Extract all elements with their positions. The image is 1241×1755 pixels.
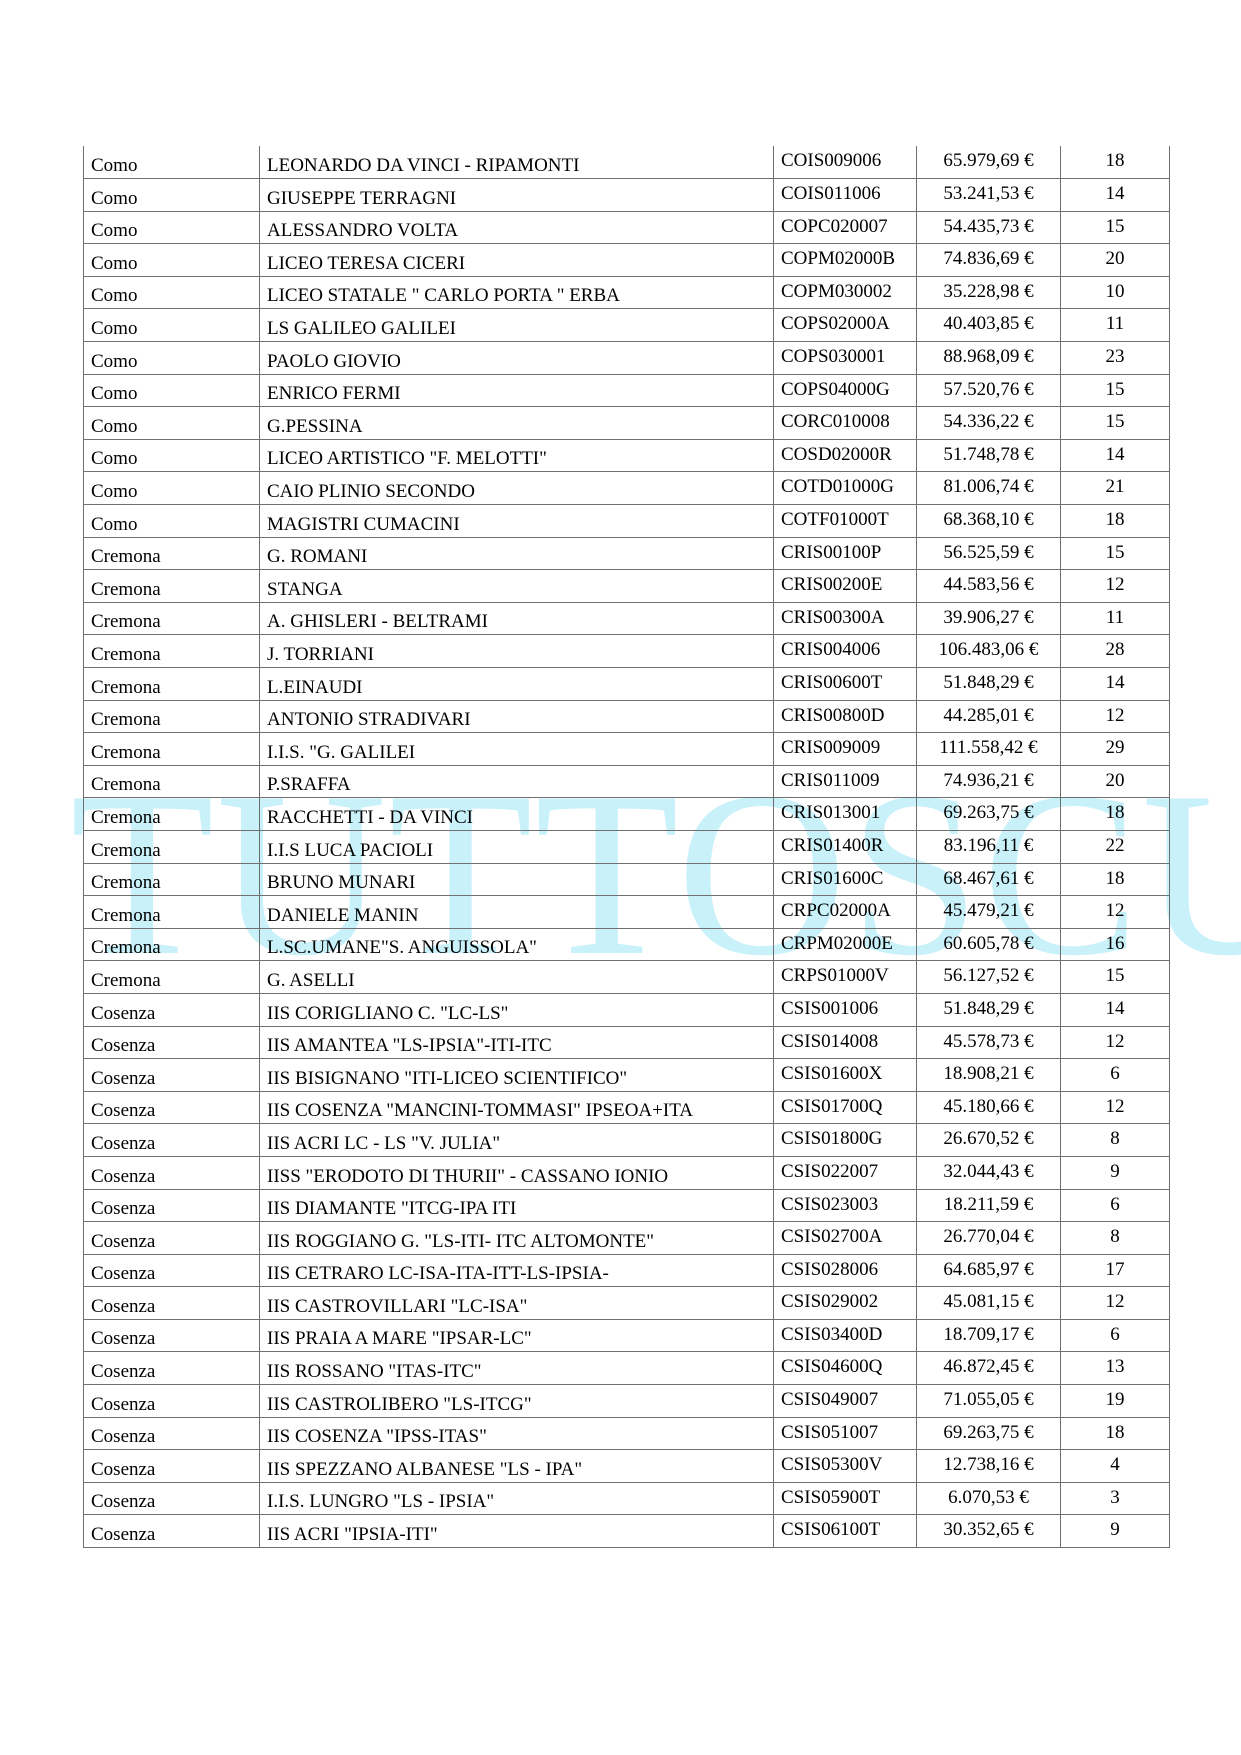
province-cell: Como	[84, 244, 260, 277]
table-row: Cremona J. TORRIANI CRIS004006 106.483,0…	[84, 635, 1170, 668]
table-row: Como ENRICO FERMI COPS04000G 57.520,76 €…	[84, 374, 1170, 407]
school-name-cell: LICEO STATALE " CARLO PORTA " ERBA	[260, 276, 774, 309]
amount-cell: 53.241,53 €	[917, 179, 1061, 212]
school-name-cell: IIS ROSSANO "ITAS-ITC"	[260, 1352, 774, 1385]
amount-cell: 45.479,21 €	[917, 896, 1061, 929]
table-row: Cremona BRUNO MUNARI CRIS01600C 68.467,6…	[84, 863, 1170, 896]
province-cell: Cremona	[84, 668, 260, 701]
school-name-cell: IIS ACRI LC - LS "V. JULIA"	[260, 1124, 774, 1157]
count-cell: 14	[1061, 179, 1170, 212]
table-row: Cremona DANIELE MANIN CRPC02000A 45.479,…	[84, 896, 1170, 929]
province-cell: Cremona	[84, 635, 260, 668]
table-row: Cosenza IIS COSENZA "IPSS-ITAS" CSIS0510…	[84, 1417, 1170, 1450]
table-row: Cosenza IIS ACRI LC - LS "V. JULIA" CSIS…	[84, 1124, 1170, 1157]
school-name-cell: IIS DIAMANTE "ITCG-IPA ITI	[260, 1189, 774, 1222]
count-cell: 3	[1061, 1482, 1170, 1515]
amount-cell: 30.352,65 €	[917, 1515, 1061, 1548]
school-name-cell: IIS ROGGIANO G. "LS-ITI- ITC ALTOMONTE"	[260, 1222, 774, 1255]
province-cell: Cosenza	[84, 1059, 260, 1092]
count-cell: 8	[1061, 1124, 1170, 1157]
school-name-cell: L.SC.UMANE"S. ANGUISSOLA"	[260, 928, 774, 961]
school-code-cell: CRIS00200E	[774, 570, 917, 603]
table-row: Cremona P.SRAFFA CRIS011009 74.936,21 € …	[84, 765, 1170, 798]
school-name-cell: IIS CASTROLIBERO "LS-ITCG"	[260, 1385, 774, 1418]
province-cell: Como	[84, 211, 260, 244]
amount-cell: 69.263,75 €	[917, 1417, 1061, 1450]
count-cell: 12	[1061, 1026, 1170, 1059]
table-row: Cremona ANTONIO STRADIVARI CRIS00800D 44…	[84, 700, 1170, 733]
school-code-cell: CRPS01000V	[774, 961, 917, 994]
province-cell: Como	[84, 472, 260, 505]
count-cell: 6	[1061, 1319, 1170, 1352]
table-row: Cosenza IIS COSENZA "MANCINI-TOMMASI" IP…	[84, 1091, 1170, 1124]
count-cell: 18	[1061, 1417, 1170, 1450]
amount-cell: 12.738,16 €	[917, 1450, 1061, 1483]
province-cell: Cremona	[84, 961, 260, 994]
province-cell: Cosenza	[84, 993, 260, 1026]
school-code-cell: CSIS01700Q	[774, 1091, 917, 1124]
count-cell: 12	[1061, 1091, 1170, 1124]
table-row: Cremona STANGA CRIS00200E 44.583,56 € 12	[84, 570, 1170, 603]
province-cell: Como	[84, 179, 260, 212]
count-cell: 19	[1061, 1385, 1170, 1418]
table-row: Cremona L.SC.UMANE"S. ANGUISSOLA" CRPM02…	[84, 928, 1170, 961]
table-row: Cosenza IIS AMANTEA "LS-IPSIA"-ITI-ITC C…	[84, 1026, 1170, 1059]
province-cell: Cremona	[84, 733, 260, 766]
amount-cell: 68.467,61 €	[917, 863, 1061, 896]
province-cell: Cremona	[84, 602, 260, 635]
school-name-cell: GIUSEPPE TERRAGNI	[260, 179, 774, 212]
school-name-cell: I.I.S. LUNGRO "LS - IPSIA"	[260, 1482, 774, 1515]
school-code-cell: CSIS049007	[774, 1385, 917, 1418]
province-cell: Como	[84, 146, 260, 179]
schools-table: Como LEONARDO DA VINCI - RIPAMONTI COIS0…	[83, 146, 1170, 1548]
province-cell: Cremona	[84, 700, 260, 733]
school-name-cell: IIS BISIGNANO "ITI-LICEO SCIENTIFICO"	[260, 1059, 774, 1092]
amount-cell: 74.836,69 €	[917, 244, 1061, 277]
province-cell: Cosenza	[84, 1385, 260, 1418]
count-cell: 15	[1061, 407, 1170, 440]
school-name-cell: IISS "ERODOTO DI THURII" - CASSANO IONIO	[260, 1156, 774, 1189]
count-cell: 6	[1061, 1059, 1170, 1092]
province-cell: Cosenza	[84, 1026, 260, 1059]
table-row: Como LICEO ARTISTICO "F. MELOTTI" COSD02…	[84, 439, 1170, 472]
school-name-cell: LICEO ARTISTICO "F. MELOTTI"	[260, 439, 774, 472]
table-row: Cremona G. ASELLI CRPS01000V 56.127,52 €…	[84, 961, 1170, 994]
school-name-cell: RACCHETTI - DA VINCI	[260, 798, 774, 831]
school-name-cell: LEONARDO DA VINCI - RIPAMONTI	[260, 146, 774, 179]
amount-cell: 65.979,69 €	[917, 146, 1061, 179]
count-cell: 12	[1061, 1287, 1170, 1320]
count-cell: 15	[1061, 537, 1170, 570]
amount-cell: 54.336,22 €	[917, 407, 1061, 440]
amount-cell: 69.263,75 €	[917, 798, 1061, 831]
amount-cell: 51.848,29 €	[917, 668, 1061, 701]
school-name-cell: J. TORRIANI	[260, 635, 774, 668]
amount-cell: 81.006,74 €	[917, 472, 1061, 505]
table-body: Como LEONARDO DA VINCI - RIPAMONTI COIS0…	[84, 146, 1170, 1548]
table-row: Cremona G. ROMANI CRIS00100P 56.525,59 €…	[84, 537, 1170, 570]
table-row: Como LEONARDO DA VINCI - RIPAMONTI COIS0…	[84, 146, 1170, 179]
school-code-cell: CSIS04600Q	[774, 1352, 917, 1385]
amount-cell: 88.968,09 €	[917, 342, 1061, 375]
school-name-cell: LS GALILEO GALILEI	[260, 309, 774, 342]
school-code-cell: COPM030002	[774, 276, 917, 309]
table-row: Cremona A. GHISLERI - BELTRAMI CRIS00300…	[84, 602, 1170, 635]
province-cell: Cosenza	[84, 1222, 260, 1255]
amount-cell: 51.848,29 €	[917, 993, 1061, 1026]
school-code-cell: CRIS01400R	[774, 830, 917, 863]
school-name-cell: IIS AMANTEA "LS-IPSIA"-ITI-ITC	[260, 1026, 774, 1059]
school-code-cell: CRIS009009	[774, 733, 917, 766]
amount-cell: 44.583,56 €	[917, 570, 1061, 603]
province-cell: Como	[84, 407, 260, 440]
count-cell: 8	[1061, 1222, 1170, 1255]
table-row: Cosenza I.I.S. LUNGRO "LS - IPSIA" CSIS0…	[84, 1482, 1170, 1515]
count-cell: 9	[1061, 1515, 1170, 1548]
count-cell: 14	[1061, 439, 1170, 472]
school-code-cell: CSIS028006	[774, 1254, 917, 1287]
amount-cell: 51.748,78 €	[917, 439, 1061, 472]
count-cell: 16	[1061, 928, 1170, 961]
school-name-cell: BRUNO MUNARI	[260, 863, 774, 896]
table-row: Cosenza IIS SPEZZANO ALBANESE "LS - IPA"…	[84, 1450, 1170, 1483]
school-code-cell: COPS02000A	[774, 309, 917, 342]
province-cell: Cosenza	[84, 1287, 260, 1320]
table-row: Cremona L.EINAUDI CRIS00600T 51.848,29 €…	[84, 668, 1170, 701]
school-code-cell: COTF01000T	[774, 505, 917, 538]
table-row: Cosenza IIS DIAMANTE "ITCG-IPA ITI CSIS0…	[84, 1189, 1170, 1222]
count-cell: 15	[1061, 961, 1170, 994]
amount-cell: 56.525,59 €	[917, 537, 1061, 570]
table-row: Cosenza IIS CASTROLIBERO "LS-ITCG" CSIS0…	[84, 1385, 1170, 1418]
school-code-cell: CSIS014008	[774, 1026, 917, 1059]
province-cell: Cosenza	[84, 1156, 260, 1189]
count-cell: 11	[1061, 309, 1170, 342]
table-row: Cosenza IIS ROGGIANO G. "LS-ITI- ITC ALT…	[84, 1222, 1170, 1255]
count-cell: 20	[1061, 765, 1170, 798]
count-cell: 4	[1061, 1450, 1170, 1483]
school-code-cell: CSIS03400D	[774, 1319, 917, 1352]
amount-cell: 32.044,43 €	[917, 1156, 1061, 1189]
count-cell: 18	[1061, 863, 1170, 896]
school-code-cell: CRIS00800D	[774, 700, 917, 733]
count-cell: 15	[1061, 211, 1170, 244]
province-cell: Cosenza	[84, 1124, 260, 1157]
province-cell: Cremona	[84, 863, 260, 896]
table-row: Cosenza IIS CORIGLIANO C. "LC-LS" CSIS00…	[84, 993, 1170, 1026]
school-name-cell: G. ASELLI	[260, 961, 774, 994]
school-name-cell: I.I.S LUCA PACIOLI	[260, 830, 774, 863]
province-cell: Cosenza	[84, 1450, 260, 1483]
school-code-cell: COTD01000G	[774, 472, 917, 505]
count-cell: 22	[1061, 830, 1170, 863]
school-code-cell: CRPM02000E	[774, 928, 917, 961]
school-name-cell: IIS CETRARO LC-ISA-ITA-ITT-LS-IPSIA-	[260, 1254, 774, 1287]
province-cell: Como	[84, 309, 260, 342]
school-name-cell: PAOLO GIOVIO	[260, 342, 774, 375]
school-code-cell: COPM02000B	[774, 244, 917, 277]
table-row: Como G.PESSINA CORC010008 54.336,22 € 15	[84, 407, 1170, 440]
count-cell: 28	[1061, 635, 1170, 668]
school-code-cell: CSIS02700A	[774, 1222, 917, 1255]
school-code-cell: CORC010008	[774, 407, 917, 440]
school-code-cell: CSIS05900T	[774, 1482, 917, 1515]
school-name-cell: P.SRAFFA	[260, 765, 774, 798]
count-cell: 12	[1061, 896, 1170, 929]
amount-cell: 64.685,97 €	[917, 1254, 1061, 1287]
school-name-cell: ANTONIO STRADIVARI	[260, 700, 774, 733]
province-cell: Como	[84, 439, 260, 472]
province-cell: Como	[84, 276, 260, 309]
school-code-cell: CRIS00600T	[774, 668, 917, 701]
school-name-cell: G. ROMANI	[260, 537, 774, 570]
amount-cell: 46.872,45 €	[917, 1352, 1061, 1385]
school-code-cell: CSIS051007	[774, 1417, 917, 1450]
table-row: Cosenza IIS ACRI "IPSIA-ITI" CSIS06100T …	[84, 1515, 1170, 1548]
province-cell: Cremona	[84, 798, 260, 831]
school-code-cell: CRIS00300A	[774, 602, 917, 635]
school-code-cell: COSD02000R	[774, 439, 917, 472]
school-code-cell: COIS009006	[774, 146, 917, 179]
amount-cell: 39.906,27 €	[917, 602, 1061, 635]
table-row: Como LICEO STATALE " CARLO PORTA " ERBA …	[84, 276, 1170, 309]
amount-cell: 45.180,66 €	[917, 1091, 1061, 1124]
school-name-cell: ALESSANDRO VOLTA	[260, 211, 774, 244]
table-row: Cosenza IIS ROSSANO "ITAS-ITC" CSIS04600…	[84, 1352, 1170, 1385]
school-code-cell: CRPC02000A	[774, 896, 917, 929]
count-cell: 17	[1061, 1254, 1170, 1287]
amount-cell: 57.520,76 €	[917, 374, 1061, 407]
amount-cell: 56.127,52 €	[917, 961, 1061, 994]
school-code-cell: CRIS011009	[774, 765, 917, 798]
amount-cell: 26.770,04 €	[917, 1222, 1061, 1255]
school-name-cell: LICEO TERESA CICERI	[260, 244, 774, 277]
province-cell: Cosenza	[84, 1091, 260, 1124]
school-code-cell: COIS011006	[774, 179, 917, 212]
table-row: Cosenza IIS CETRARO LC-ISA-ITA-ITT-LS-IP…	[84, 1254, 1170, 1287]
table-row: Cremona I.I.S. "G. GALILEI CRIS009009 11…	[84, 733, 1170, 766]
amount-cell: 18.709,17 €	[917, 1319, 1061, 1352]
count-cell: 9	[1061, 1156, 1170, 1189]
province-cell: Cosenza	[84, 1189, 260, 1222]
school-code-cell: CSIS01800G	[774, 1124, 917, 1157]
count-cell: 12	[1061, 570, 1170, 603]
count-cell: 18	[1061, 146, 1170, 179]
table-row: Cosenza IIS PRAIA A MARE "IPSAR-LC" CSIS…	[84, 1319, 1170, 1352]
school-name-cell: G.PESSINA	[260, 407, 774, 440]
amount-cell: 54.435,73 €	[917, 211, 1061, 244]
school-name-cell: A. GHISLERI - BELTRAMI	[260, 602, 774, 635]
school-name-cell: CAIO PLINIO SECONDO	[260, 472, 774, 505]
amount-cell: 26.670,52 €	[917, 1124, 1061, 1157]
province-cell: Cosenza	[84, 1254, 260, 1287]
province-cell: Cremona	[84, 830, 260, 863]
amount-cell: 45.081,15 €	[917, 1287, 1061, 1320]
province-cell: Como	[84, 342, 260, 375]
province-cell: Cosenza	[84, 1352, 260, 1385]
count-cell: 15	[1061, 374, 1170, 407]
count-cell: 20	[1061, 244, 1170, 277]
school-name-cell: IIS ACRI "IPSIA-ITI"	[260, 1515, 774, 1548]
count-cell: 18	[1061, 505, 1170, 538]
amount-cell: 45.578,73 €	[917, 1026, 1061, 1059]
table-row: Como MAGISTRI CUMACINI COTF01000T 68.368…	[84, 505, 1170, 538]
school-code-cell: CRIS01600C	[774, 863, 917, 896]
school-code-cell: CSIS029002	[774, 1287, 917, 1320]
amount-cell: 40.403,85 €	[917, 309, 1061, 342]
school-code-cell: CSIS022007	[774, 1156, 917, 1189]
amount-cell: 68.368,10 €	[917, 505, 1061, 538]
amount-cell: 18.211,59 €	[917, 1189, 1061, 1222]
province-cell: Cosenza	[84, 1319, 260, 1352]
school-name-cell: STANGA	[260, 570, 774, 603]
table-row: Como LS GALILEO GALILEI COPS02000A 40.40…	[84, 309, 1170, 342]
school-name-cell: IIS PRAIA A MARE "IPSAR-LC"	[260, 1319, 774, 1352]
school-code-cell: CRIS00100P	[774, 537, 917, 570]
school-code-cell: CSIS05300V	[774, 1450, 917, 1483]
count-cell: 21	[1061, 472, 1170, 505]
school-name-cell: I.I.S. "G. GALILEI	[260, 733, 774, 766]
province-cell: Cremona	[84, 896, 260, 929]
school-code-cell: CSIS06100T	[774, 1515, 917, 1548]
school-code-cell: CSIS023003	[774, 1189, 917, 1222]
table-row: Cremona I.I.S LUCA PACIOLI CRIS01400R 83…	[84, 830, 1170, 863]
school-name-cell: L.EINAUDI	[260, 668, 774, 701]
count-cell: 13	[1061, 1352, 1170, 1385]
school-name-cell: MAGISTRI CUMACINI	[260, 505, 774, 538]
count-cell: 12	[1061, 700, 1170, 733]
count-cell: 14	[1061, 668, 1170, 701]
amount-cell: 44.285,01 €	[917, 700, 1061, 733]
amount-cell: 60.605,78 €	[917, 928, 1061, 961]
amount-cell: 18.908,21 €	[917, 1059, 1061, 1092]
school-code-cell: CRIS013001	[774, 798, 917, 831]
count-cell: 6	[1061, 1189, 1170, 1222]
province-cell: Cremona	[84, 570, 260, 603]
province-cell: Como	[84, 505, 260, 538]
amount-cell: 35.228,98 €	[917, 276, 1061, 309]
province-cell: Cremona	[84, 928, 260, 961]
school-name-cell: IIS COSENZA "MANCINI-TOMMASI" IPSEOA+ITA	[260, 1091, 774, 1124]
province-cell: Cremona	[84, 537, 260, 570]
amount-cell: 111.558,42 €	[917, 733, 1061, 766]
document-page: TUTTOSCUOLA Como LEONARDO DA VINCI - RIP…	[0, 0, 1241, 1755]
count-cell: 23	[1061, 342, 1170, 375]
count-cell: 10	[1061, 276, 1170, 309]
table-row: Cremona RACCHETTI - DA VINCI CRIS013001 …	[84, 798, 1170, 831]
province-cell: Cosenza	[84, 1417, 260, 1450]
count-cell: 18	[1061, 798, 1170, 831]
table-row: Como CAIO PLINIO SECONDO COTD01000G 81.0…	[84, 472, 1170, 505]
amount-cell: 106.483,06 €	[917, 635, 1061, 668]
school-code-cell: CSIS01600X	[774, 1059, 917, 1092]
school-name-cell: IIS CORIGLIANO C. "LC-LS"	[260, 993, 774, 1026]
province-cell: Como	[84, 374, 260, 407]
count-cell: 11	[1061, 602, 1170, 635]
province-cell: Cosenza	[84, 1482, 260, 1515]
amount-cell: 6.070,53 €	[917, 1482, 1061, 1515]
amount-cell: 71.055,05 €	[917, 1385, 1061, 1418]
province-cell: Cremona	[84, 765, 260, 798]
school-name-cell: DANIELE MANIN	[260, 896, 774, 929]
table-row: Como ALESSANDRO VOLTA COPC020007 54.435,…	[84, 211, 1170, 244]
province-cell: Cosenza	[84, 1515, 260, 1548]
table-row: Como PAOLO GIOVIO COPS030001 88.968,09 €…	[84, 342, 1170, 375]
school-code-cell: COPS04000G	[774, 374, 917, 407]
count-cell: 14	[1061, 993, 1170, 1026]
school-name-cell: IIS CASTROVILLARI "LC-ISA"	[260, 1287, 774, 1320]
table-row: Cosenza IIS CASTROVILLARI "LC-ISA" CSIS0…	[84, 1287, 1170, 1320]
school-name-cell: IIS COSENZA "IPSS-ITAS"	[260, 1417, 774, 1450]
table-row: Cosenza IISS "ERODOTO DI THURII" - CASSA…	[84, 1156, 1170, 1189]
table-row: Como GIUSEPPE TERRAGNI COIS011006 53.241…	[84, 179, 1170, 212]
count-cell: 29	[1061, 733, 1170, 766]
school-code-cell: COPS030001	[774, 342, 917, 375]
school-name-cell: ENRICO FERMI	[260, 374, 774, 407]
school-code-cell: CSIS001006	[774, 993, 917, 1026]
school-code-cell: CRIS004006	[774, 635, 917, 668]
amount-cell: 74.936,21 €	[917, 765, 1061, 798]
table-row: Cosenza IIS BISIGNANO "ITI-LICEO SCIENTI…	[84, 1059, 1170, 1092]
school-code-cell: COPC020007	[774, 211, 917, 244]
school-name-cell: IIS SPEZZANO ALBANESE "LS - IPA"	[260, 1450, 774, 1483]
table-row: Como LICEO TERESA CICERI COPM02000B 74.8…	[84, 244, 1170, 277]
amount-cell: 83.196,11 €	[917, 830, 1061, 863]
